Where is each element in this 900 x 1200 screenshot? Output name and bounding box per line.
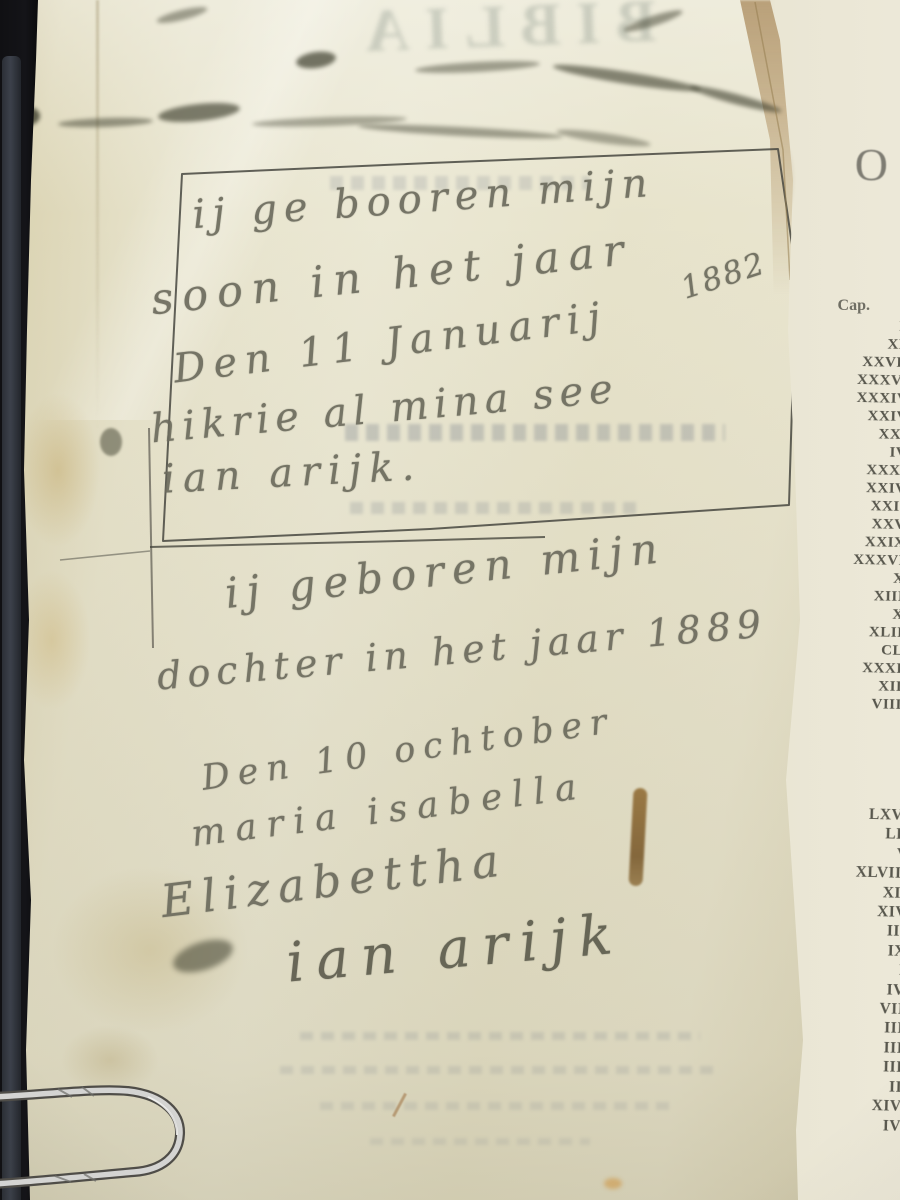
photo-bible-flyleaf: O Cap. LXLXXVIIXXXVIXXXIVXXIVXXIIVXXXIXX… [0, 0, 900, 1200]
paperclip [0, 0, 900, 1200]
